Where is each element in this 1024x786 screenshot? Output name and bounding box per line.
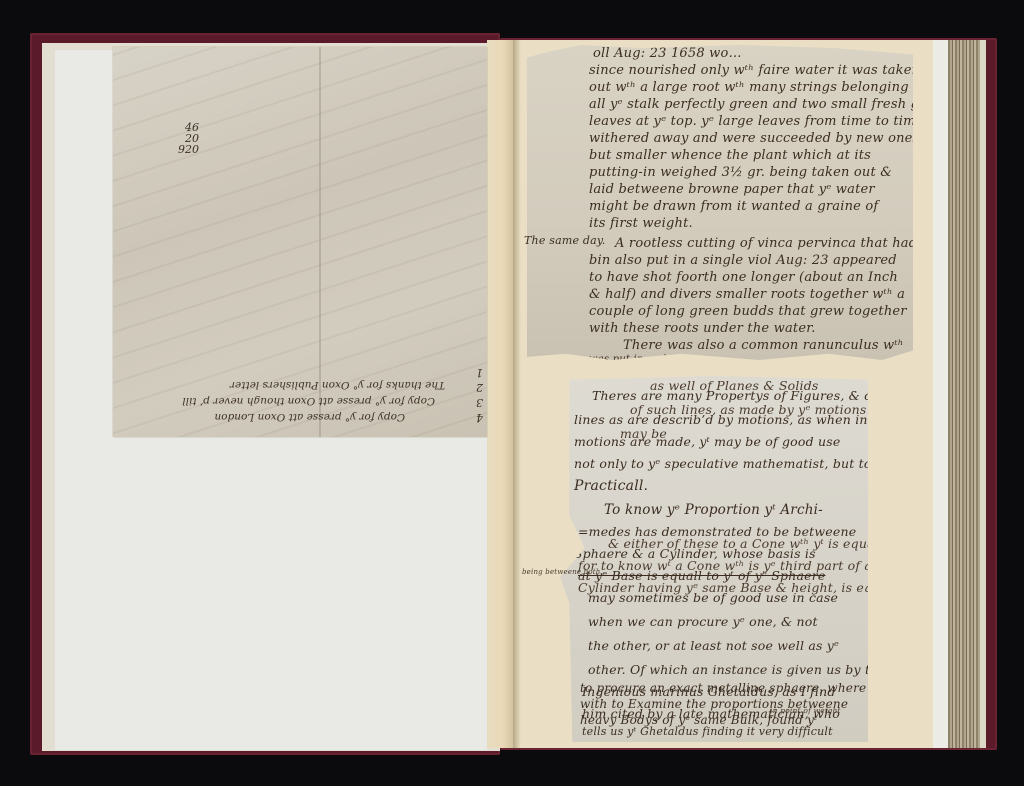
text-line: A rootless cutting of vinca pervinca tha… xyxy=(615,235,917,252)
tally-figures: 46 20 920 xyxy=(159,122,199,155)
margin-note-between: being betweene both… xyxy=(522,568,608,576)
text-line: lines as are describ’d by motions, as wh… xyxy=(574,412,868,428)
endorsement-line: Copy for y° presse att Oxon though never… xyxy=(125,393,445,409)
text-line: bin also put in a single viol Aug: 23 ap… xyxy=(589,252,897,269)
text-line: all yᵉ stalk perfectly green and two sma… xyxy=(589,96,950,113)
number: 4 xyxy=(469,410,483,425)
text-line: but smaller whence the plant which at it… xyxy=(589,147,871,164)
manuscript-fragment-top: oll Aug: 23 1658 wo… since nourished onl… xyxy=(527,45,913,360)
endorsement-line: Copy for y° presse att Oxon London xyxy=(125,409,445,425)
text-line: to have shot foorth one longer (about an… xyxy=(589,269,898,286)
tally-line: 920 xyxy=(159,144,199,155)
text-line: & half) and divers smaller roots togethe… xyxy=(589,286,905,303)
right-white-leaf xyxy=(933,40,948,748)
margin-note-same-day: The same day. xyxy=(524,234,606,247)
number: 3 xyxy=(469,395,483,410)
text-line: the other, or at least not soe well as y… xyxy=(588,638,839,654)
gutter-guard-strip xyxy=(487,40,513,748)
text-line: couple of long green budds that grew tog… xyxy=(589,303,907,320)
text-line: since nourished only wᵗʰ faire water it … xyxy=(589,62,920,79)
endpaper-edge xyxy=(980,40,986,748)
text-line: putting-in weighed 3½ gr. being taken ou… xyxy=(589,164,892,181)
text-line: laid betweene browne paper that yᵉ water xyxy=(589,181,875,198)
text-line: Practicall. xyxy=(574,478,648,494)
spine-shadow xyxy=(513,40,521,748)
interlinear-note: in point of weight xyxy=(770,706,841,715)
number: 1 xyxy=(469,365,483,380)
fragment-bottom-tail: to procure an exact metalline sphaere, w… xyxy=(580,680,866,728)
text-line: not only to yᵉ speculative mathematist, … xyxy=(574,456,888,472)
number: 2 xyxy=(469,380,483,395)
inverted-numbering: 4 3 2 1 xyxy=(469,365,483,425)
text-line: leaves at yᵉ top. yᵉ large leaves from t… xyxy=(589,113,924,130)
text-line: its first weight. xyxy=(589,215,693,232)
text-line: when we can procure yᵉ one, & not xyxy=(588,614,818,630)
text-line: motions are made, yᵗ may be of good use xyxy=(574,434,840,450)
text-line: withered away and were succeeded by new … xyxy=(589,130,919,147)
text-block-fore-edge xyxy=(948,40,980,748)
left-letter-fragment: 46 20 920 Copy for y° presse att Oxon Lo… xyxy=(113,47,487,437)
text-line: other. Of which an instance is given us … xyxy=(588,662,886,678)
inverted-endorsement: Copy for y° presse att Oxon London Copy … xyxy=(125,377,445,435)
text-line: with these roots under the water. xyxy=(589,320,816,337)
text-line: out wᵗʰ a large root wᵗʰ many strings be… xyxy=(589,79,941,96)
text-line: oll Aug: 23 1658 wo… xyxy=(593,45,742,62)
text-line: To know yᵉ Proportion yᵗ Archi- xyxy=(604,502,823,518)
endorsement-line: The thanks for y° Oxon Publishers letter xyxy=(125,377,445,393)
text-line: to procure an exact metalline sphaere, w… xyxy=(580,680,866,696)
text-line: might be drawn from it wanted a graine o… xyxy=(589,198,878,215)
text-line: may sometimes be of good use in case xyxy=(588,590,838,606)
